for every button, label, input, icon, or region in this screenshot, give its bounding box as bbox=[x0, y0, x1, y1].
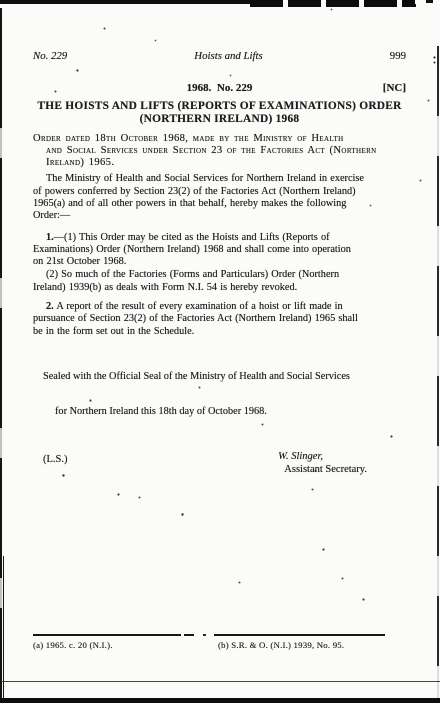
article-2-number: 2. bbox=[46, 301, 54, 312]
signature-block: (L.S.) W. Slinger, Assistant Secretary. bbox=[33, 451, 406, 481]
footnote-a: (a) 1965. c. 20 (N.I.). bbox=[33, 640, 113, 650]
footnote-separator-rule bbox=[33, 634, 385, 636]
order-number: No. 229 bbox=[33, 50, 67, 62]
scan-noise-speckles bbox=[0, 0, 1, 1]
seal-abbreviation: (L.S.) bbox=[43, 454, 68, 466]
scan-corner-mark bbox=[426, 0, 433, 3]
sealing-clause: Sealed with the Official Seal of the Min… bbox=[33, 347, 406, 441]
citation-row: 1968. No. 229 [NC] bbox=[33, 82, 406, 94]
footnote-b: (b) S.R. & O. (N.I.) 1939, No. 95. bbox=[218, 640, 344, 650]
document-title: THE HOISTS AND LIFTS (REPORTS OF EXAMINA… bbox=[33, 100, 406, 126]
running-title: Hoists and Lifts bbox=[194, 50, 262, 62]
signatory-name: W. Slinger, bbox=[278, 451, 323, 463]
enacting-clause: The Ministry of Health and Social Servic… bbox=[33, 173, 406, 222]
sealing-clause-line1: Sealed with the Official Seal of the Min… bbox=[33, 371, 406, 383]
signatory-title: Assistant Secretary. bbox=[284, 464, 367, 476]
scan-edge-left bbox=[0, 8, 2, 703]
article-1-text: —(1) This Order may be cited as the Hois… bbox=[33, 232, 351, 268]
scan-edge-bottom bbox=[0, 698, 440, 703]
sealing-clause-line2: for Northern Ireland this 18th day of Oc… bbox=[33, 406, 406, 418]
article-2-text: A report of the result of every examinat… bbox=[33, 301, 358, 337]
page-number: 999 bbox=[390, 50, 406, 62]
article-2: 2. A report of the result of every exami… bbox=[33, 301, 406, 338]
scanned-document-page: No. 229 Hoists and Lifts 999 1968. No. 2… bbox=[0, 0, 440, 703]
document-content: No. 229 Hoists and Lifts 999 1968. No. 2… bbox=[33, 0, 406, 481]
article-1-1: 1.—(1) This Order may be cited as the Ho… bbox=[33, 232, 406, 269]
recital-clause: Order dated 18th October 1968, made by t… bbox=[33, 133, 406, 168]
page-header: No. 229 Hoists and Lifts 999 bbox=[33, 50, 406, 62]
scan-fold-line bbox=[0, 681, 440, 682]
citation-text: 1968. No. 229 bbox=[187, 82, 253, 94]
article-1-number: 1. bbox=[46, 232, 54, 243]
nc-classification: [NC] bbox=[383, 82, 406, 94]
article-1-2: (2) So much of the Factories (Forms and … bbox=[33, 269, 406, 294]
scan-edge-right bbox=[437, 46, 439, 703]
